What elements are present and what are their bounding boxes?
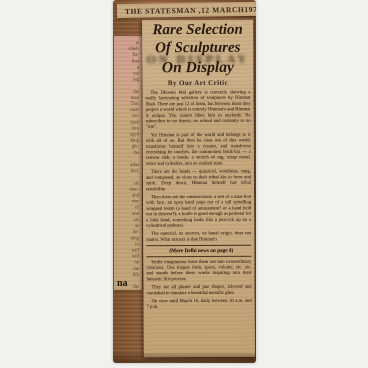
- article-paragraph: fertile imagination turns them out into …: [146, 259, 251, 282]
- article-paragraph: The material, its sources, its banal ori…: [146, 231, 251, 243]
- article-body: The Dhoomi Mal gallery is currently show…: [145, 90, 251, 310]
- left-column-text-fragments: w sited- fla- that a nal jag the man Thi…: [116, 40, 139, 290]
- article-headline: Rare Selection Of Sculptures On Display: [142, 20, 253, 78]
- masthead-title-date: THE STATESMAN ,12 MARCH: [125, 5, 245, 16]
- newspaper-masthead: THE STATESMAN ,12 MARCH 1979: [117, 2, 256, 18]
- article-paragraph: They are all plaster and jute shapes, si…: [147, 284, 252, 296]
- article-paragraph: Then there are the constructions: a sort…: [146, 194, 251, 229]
- article-paragraph: Yet Himmat is part of the world and belo…: [146, 132, 251, 167]
- newspaper-clipping-photo: THE STATESMAN ,12 MARCH 1979 w sited- fl…: [113, 0, 256, 363]
- article-paragraph: There are the heads — quizzical, wondrou…: [146, 169, 251, 192]
- more-delhi-news-notice: (More Delhi news on page 4): [146, 245, 251, 257]
- torn-left-column-strip: w sited- fla- that a nal jag the man Thi…: [114, 36, 142, 290]
- cardboard-bottom-shadow: [113, 353, 256, 363]
- headline-line-1: Rare Selection: [142, 20, 253, 40]
- headline-line-3: On Display: [142, 58, 253, 78]
- headline-line-2: Of Sculptures: [142, 39, 253, 59]
- left-column-bold-fragment: na: [117, 278, 128, 289]
- article-paragraph: The Dhoomi Mal gallery is currently show…: [145, 90, 250, 130]
- article-paragraph: On view until March 16, daily between 10…: [147, 298, 252, 310]
- article-byline: By Our Art Critic: [142, 79, 253, 88]
- masthead-year: 1979: [244, 4, 256, 13]
- article-clipping: ON DISPLAY Rare Selection Of Sculptures …: [142, 20, 255, 358]
